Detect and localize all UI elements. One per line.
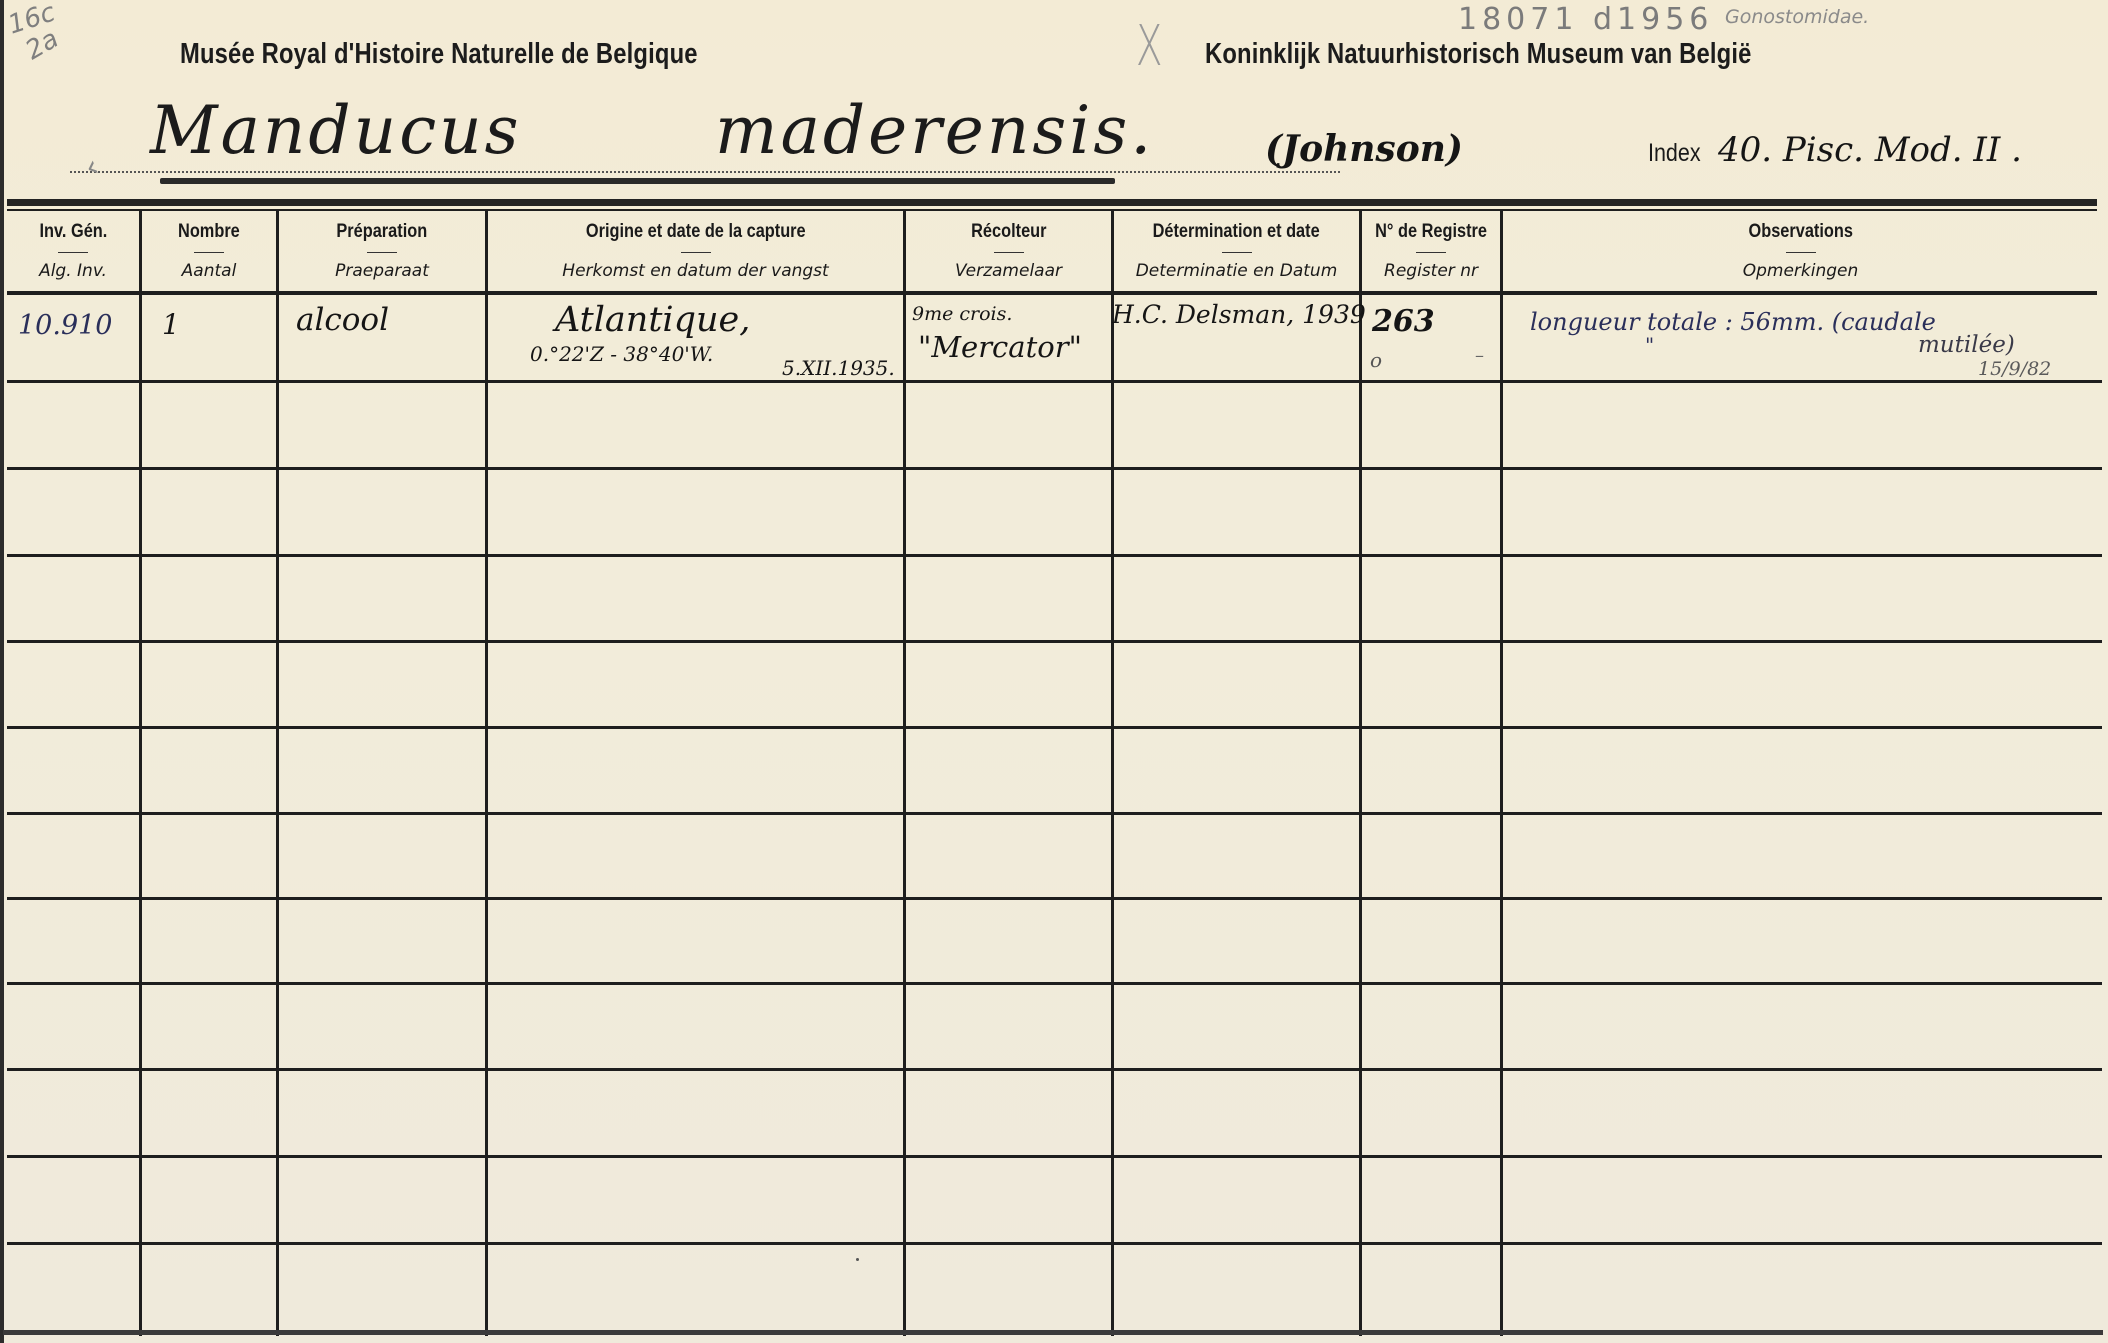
- cell-recolteur-cruise: 9me crois.: [912, 303, 1012, 325]
- species-genus: Manducus: [150, 92, 522, 169]
- column-header-nl: Herkomst en datum der vangst: [562, 261, 828, 281]
- column-header-fr: Nombre: [178, 221, 240, 243]
- row-line-5: [7, 726, 2102, 729]
- species-epithet: maderensis.: [715, 92, 1154, 169]
- cell-inv-gen: 10.910: [18, 310, 112, 341]
- column-header-registre: N° de Registre Register nr: [1362, 211, 1500, 291]
- cell-origine-place: Atlantique,: [555, 300, 750, 340]
- header-separator: [1222, 252, 1252, 254]
- cell-preparation: alcool: [296, 302, 389, 338]
- header-separator: [681, 252, 711, 254]
- index-label: Index: [1648, 139, 1701, 168]
- column-header-nl: Aantal: [182, 261, 237, 281]
- specimen-catalog-card: 16c 2a X 18071 d1956 Gonostomidae. Musée…: [0, 0, 2108, 1343]
- column-header-nl: Register nr: [1384, 261, 1478, 281]
- header-bottom-rule: [7, 291, 2097, 295]
- row-line-8: [7, 982, 2102, 985]
- pencil-catalog-numbers: 18071 d1956: [1458, 2, 1713, 37]
- column-header-fr: N° de Registre: [1375, 221, 1487, 243]
- index-value: 40. Pisc. Mod. II .: [1718, 130, 2022, 170]
- institution-name-fr: Musée Royal d'Histoire Naturelle de Belg…: [180, 38, 698, 71]
- header-separator: [1786, 252, 1816, 254]
- column-header-fr: Récolteur: [971, 221, 1046, 243]
- row-line-2: [7, 467, 2102, 470]
- species-author: (Johnson): [1265, 128, 1463, 170]
- cell-origine-coords: 0.°22'Z - 38°40'W.: [530, 342, 713, 366]
- column-header-fr: Origine et date de la capture: [586, 221, 806, 243]
- column-header-nl: Praeparaat: [335, 261, 429, 281]
- column-header-nl: Alg. Inv.: [39, 261, 107, 281]
- header-separator: [994, 252, 1024, 254]
- header-separator: [58, 252, 88, 254]
- institution-name-nl: Koninklijk Natuurhistorisch Museum van B…: [1205, 38, 1752, 71]
- cell-origine-date: 5.XII.1935.: [782, 356, 895, 380]
- column-header-recolteur: Récolteur Verzamelaar: [906, 211, 1111, 291]
- column-header-determination: Détermination et date Determinatie en Da…: [1114, 211, 1359, 291]
- column-header-origine: Origine et date de la capture Herkomst e…: [488, 211, 903, 291]
- column-header-nl: Opmerkingen: [1743, 261, 1859, 281]
- column-header-fr: Préparation: [337, 221, 428, 243]
- row-line-10: [7, 1155, 2102, 1158]
- pencil-arrow-mark: ‹: [80, 149, 104, 186]
- row-line-3: [7, 554, 2102, 557]
- header-separator: [367, 252, 397, 254]
- row-line-1: [7, 380, 2102, 383]
- cell-registre-note-right: –: [1475, 345, 1484, 366]
- column-header-fr: Observations: [1748, 221, 1852, 243]
- column-header-nl: Verzamelaar: [955, 261, 1062, 281]
- paper-speck: [856, 1258, 859, 1261]
- header-separator: [1416, 252, 1446, 254]
- column-header-fr: Détermination et date: [1153, 221, 1320, 243]
- cell-determination: H.C. Delsman, 1939: [1112, 300, 1366, 329]
- row-line-6: [7, 812, 2102, 815]
- cell-registre-note-left: o: [1370, 348, 1382, 372]
- row-line-9: [7, 1068, 2102, 1071]
- column-header-fr: Inv. Gén.: [39, 221, 107, 243]
- pencil-x-mark: X: [1136, 14, 1163, 79]
- table-bottom-rule: [3, 1330, 2103, 1335]
- row-line-7: [7, 897, 2102, 900]
- header-top-thick-rule: [7, 199, 2097, 206]
- cell-observations-date: 15/9/82: [1978, 358, 2051, 380]
- row-line-4: [7, 640, 2102, 643]
- card-left-edge: [0, 0, 4, 1343]
- column-header-nombre: Nombre Aantal: [142, 211, 276, 291]
- cell-registre: 263: [1372, 304, 1435, 339]
- species-dotted-baseline: [70, 171, 1340, 173]
- cell-observations-line2: mutilée): [1918, 332, 2015, 358]
- header-separator: [194, 252, 224, 254]
- column-header-inv-gen: Inv. Gén. Alg. Inv.: [7, 211, 139, 291]
- cell-observations-line1: longueur totale : 56mm. (caudale: [1530, 308, 1936, 336]
- row-line-11: [7, 1242, 2102, 1245]
- species-underline: [160, 178, 1115, 184]
- cell-observations-ditto: ": [1645, 333, 1654, 357]
- column-header-preparation: Préparation Praeparaat: [279, 211, 485, 291]
- column-header-nl: Determinatie en Datum: [1136, 261, 1338, 281]
- pencil-family-name: Gonostomidae.: [1725, 6, 1869, 28]
- cell-recolteur-vessel: "Mercator": [918, 330, 1082, 364]
- cell-nombre: 1: [162, 308, 180, 341]
- column-header-observations: Observations Opmerkingen: [1503, 211, 2098, 291]
